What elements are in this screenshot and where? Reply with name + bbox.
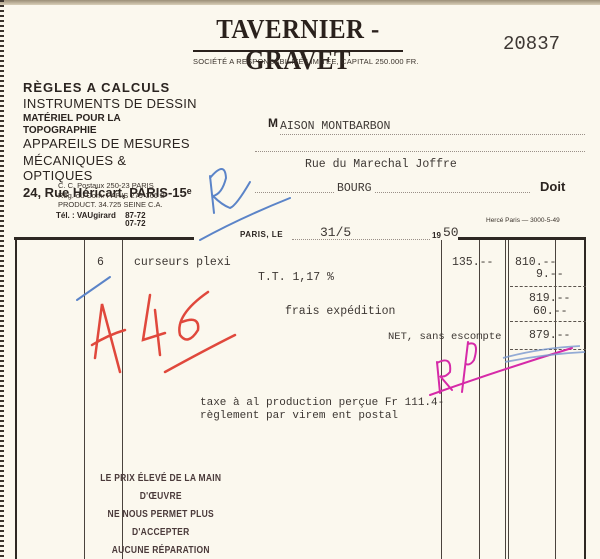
handwritten-annotations xyxy=(0,0,600,559)
blue-r-mark xyxy=(77,169,290,300)
red-a46-mark xyxy=(92,292,235,372)
magenta-rp-mark xyxy=(430,342,572,395)
